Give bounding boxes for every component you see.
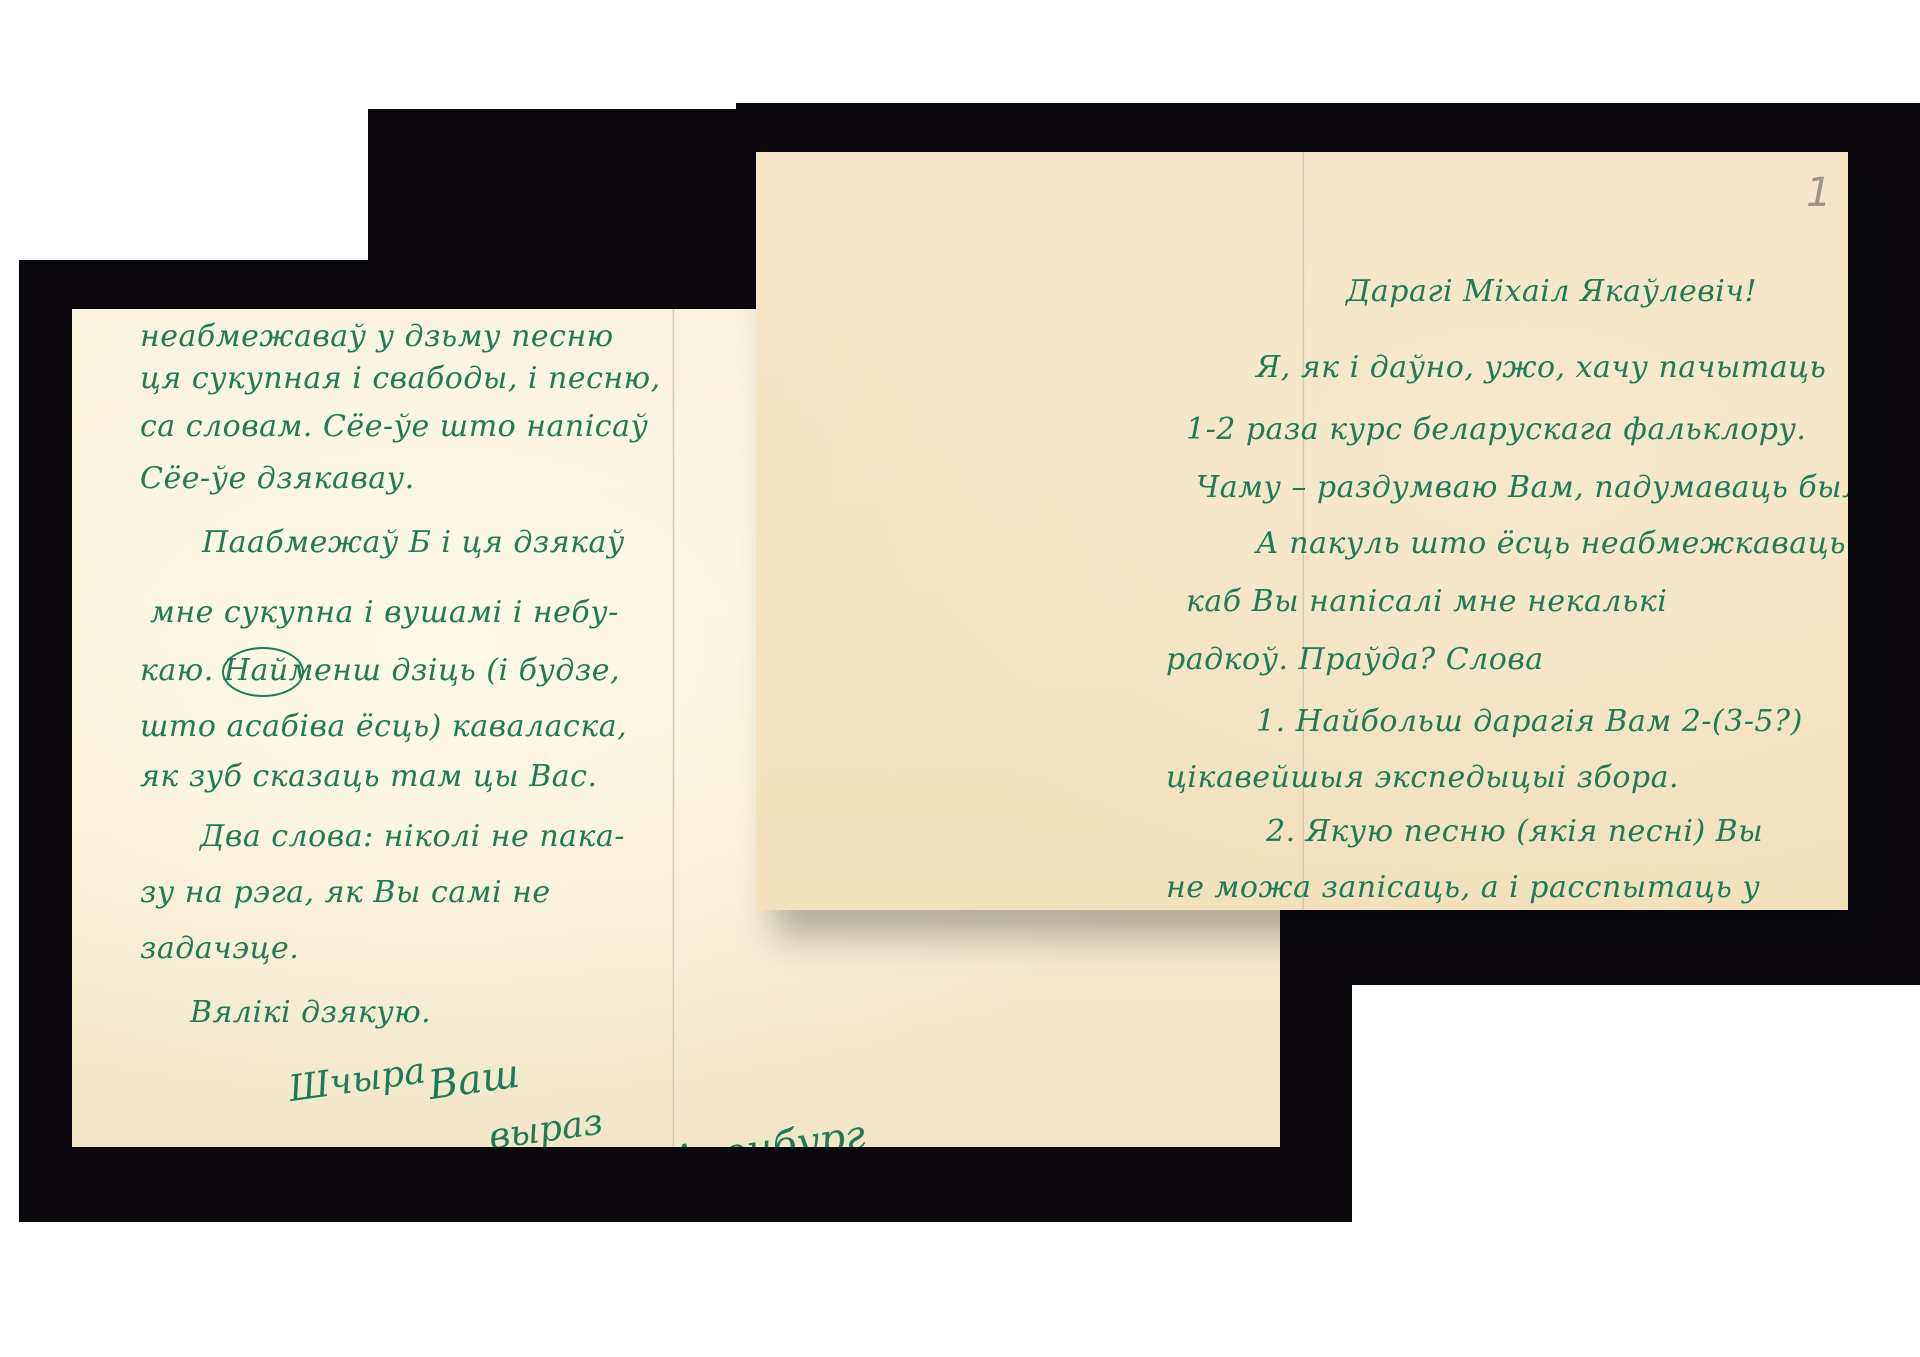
- page-number: 1: [1806, 170, 1831, 216]
- letter-page-right: 1 Дарагі Міхаіл Якаўлевіч! Я, як і даўно…: [756, 152, 1848, 910]
- letter-line: Вялікі дзякую.: [190, 995, 431, 1030]
- author-signature: Арэнбург: [666, 1112, 869, 1147]
- letter-line: са словам. Сёе-ўе што напісаў: [140, 409, 648, 444]
- backing-plate-top-left: [368, 109, 768, 269]
- closing-word: выраз: [486, 1101, 605, 1147]
- letter-line: зу на рэга, як Вы самі не: [140, 875, 551, 910]
- letter-line: Чаму – раздумваю Вам, падумаваць было.: [1196, 470, 1848, 505]
- salutation: Дарагі Міхаіл Якаўлевіч!: [1346, 274, 1757, 309]
- closing-respect: Шчыра: [286, 1050, 428, 1110]
- backing-plate-right-lower: [1280, 900, 1472, 985]
- letter-line: 1. Найбольш дарагія Вам 2-(3-5?): [1256, 704, 1803, 739]
- letter-line: радкоў. Праўда? Слова: [1166, 642, 1544, 677]
- letter-line: Два слова: ніколі не пака-: [200, 819, 625, 854]
- letter-line: мне сукупна і вушамі і небу-: [150, 595, 619, 630]
- closing-vash: Ваш: [426, 1051, 523, 1109]
- letter-line: Сёе-ўе дзякавау.: [140, 461, 415, 496]
- letter-line: задачэце.: [140, 931, 299, 966]
- letter-line: цікавейшыя экспедыцыі збора.: [1166, 760, 1679, 795]
- letter-line: ця сукупная і свабоды, і песню,: [140, 361, 661, 396]
- letter-line: Я, як і даўно, ужо, хачу пачытаць: [1256, 350, 1826, 385]
- letter-line: каб Вы напісалі мне некалькі: [1186, 584, 1667, 619]
- letter-line: неабмежаваў у дзьму песню: [140, 319, 614, 354]
- paper-fold-line: [672, 309, 675, 1147]
- letter-line: Паабмежаў Б і ця дзякаў: [202, 525, 625, 560]
- letter-line: не можа запісаць, а і расспытаць у: [1166, 870, 1760, 905]
- letter-line: як зуб сказаць там цы Вас.: [140, 759, 598, 794]
- letter-line: каю. Найменш дзіць (і будзе,: [140, 653, 620, 688]
- letter-line: што асабіва ёсць) каваласка,: [140, 709, 627, 744]
- letter-line: 1-2 раза курс беларускага фальклору.: [1186, 412, 1806, 447]
- letter-line: А пакуль што ёсць неабмежкаваць рабі: [1256, 526, 1848, 561]
- letter-line: 2. Якую песню (якія песні) Вы: [1266, 814, 1763, 849]
